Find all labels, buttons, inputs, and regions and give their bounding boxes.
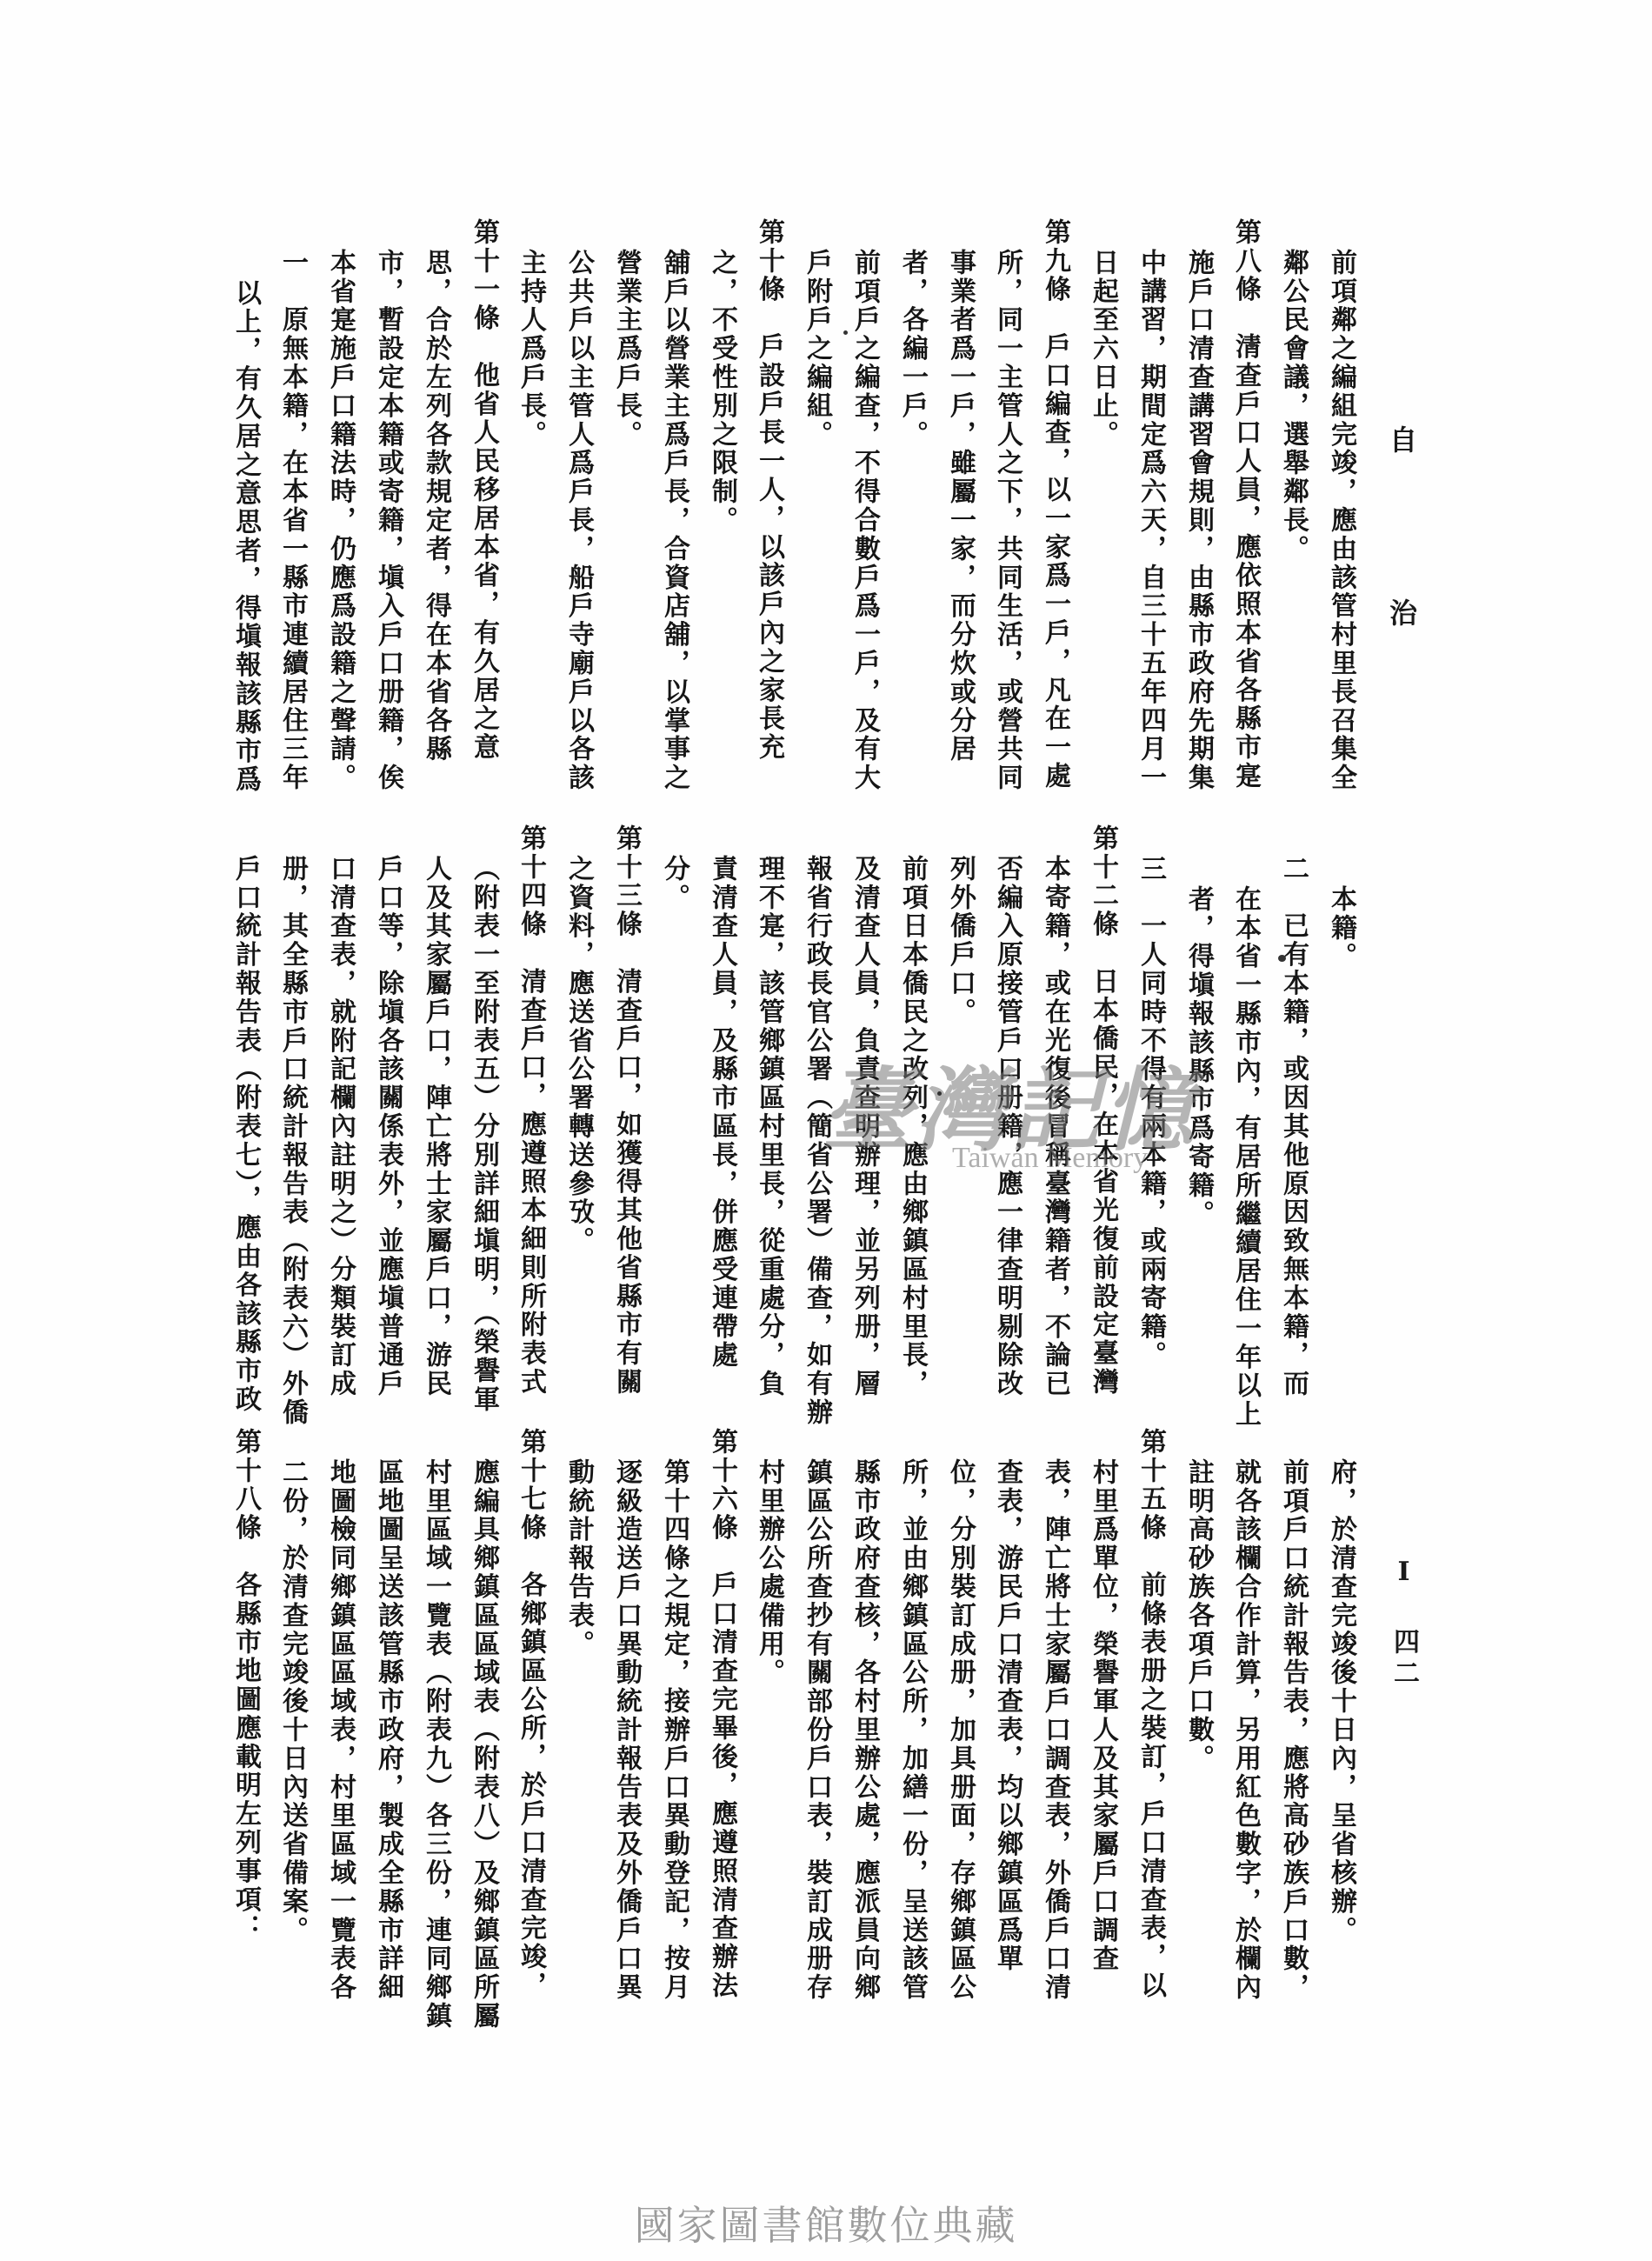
scan-speck <box>843 330 848 335</box>
text-column: 事業者爲一戶，雖屬一家，而分炊或分居 <box>944 249 976 764</box>
text-column: 應編具鄉鎮區區域表（附表八）及鄉鎮區所屬 <box>468 1458 499 2031</box>
text-column: 分。 <box>658 855 689 912</box>
article-heading-column: 第十四條 清查戶口，應遵照本細則所附表式 <box>515 824 546 1397</box>
scan-speck <box>1278 955 1286 962</box>
text-column: 口清查表，就附記欄內註明之）分類裝訂成 <box>324 855 356 1398</box>
text-column: 戶附戶之編組。 <box>801 249 832 449</box>
text-column: 者，各編一戶。 <box>896 249 928 449</box>
text-column: 地圖檢同鄉鎮區區域表，村里區域一覽表各 <box>324 1458 356 2002</box>
text-column: 報省行政長官公署（簡省公署）備查，如有辦 <box>801 855 832 1427</box>
text-column: 人及其家屬戶口，陣亡將士家屬戶口，游民 <box>420 855 451 1398</box>
text-column: 前項戶口統計報告表，應將高砂族戶口數， <box>1277 1458 1309 2002</box>
text-column: 前項鄰之編組完竣，應由該管村里長召集全 <box>1325 249 1356 792</box>
list-item-column: 三 一人同時不得有兩本籍，或兩寄籍。 <box>1135 855 1166 1370</box>
text-band-top: 前項鄰之編組完竣，應由該管村里長召集全 鄰公民會議，選舉鄰長。 第八條 清查戶口… <box>0 218 1652 792</box>
text-column: 鎮區公所查抄有關部份戶口表，裝訂成册存 <box>801 1458 832 2002</box>
text-column: 本省寔施戶口籍法時，仍應爲設籍之聲請。 <box>324 249 356 792</box>
text-column: 縣市政府查核，各村里辦公處，應派員向鄉 <box>849 1458 880 2002</box>
text-column: 之資料，應送省公署轉送參攷。 <box>563 855 594 1256</box>
article-heading-column: 第十條 戶設戶長一人，以該戶內之家長充 <box>753 218 784 762</box>
text-column: 思，合於左列各款規定者，得在本省各縣 <box>420 249 451 764</box>
text-column: 前項戶之編查，不得合數戶爲一戶，及有大 <box>849 249 880 792</box>
text-column: 者，得塡報該縣市爲寄籍。 <box>1182 885 1214 1229</box>
article-heading-column: 第十一條 他省人民移居本省，有久居之意 <box>468 218 499 762</box>
text-column: 村里辦公處備用。 <box>753 1458 784 1687</box>
text-column: 本籍。 <box>1325 885 1356 971</box>
text-column: 戶口等，除塡各該關係表外，並應塡普通戶 <box>372 855 403 1398</box>
text-column: 村里區域一覽表（附表九）各三份，連同鄉鎮 <box>420 1458 451 2031</box>
text-column: 中講習，期間定爲六天，自三十五年四月一 <box>1135 249 1166 792</box>
text-column: 理不寔，該管鄉鎮區村里長，從重處分，負 <box>753 855 784 1398</box>
scanned-document-page: 自 治 I 四二 前項鄰之編組完竣，應由該管村里長召集全 鄰公民會議，選舉鄰長。… <box>0 0 1652 2261</box>
text-column: 營業主爲戶長。 <box>610 249 642 449</box>
text-column: 日起至六日止。 <box>1087 249 1118 449</box>
text-column: 動統計報告表。 <box>563 1458 594 1658</box>
text-column: 以上，有久居之意思者，得塡報該縣市爲 <box>230 279 261 794</box>
text-column: 之，不受性別之限制。 <box>706 249 737 535</box>
article-heading-column: 第十八條 各縣市地圖應載明左列事項： <box>230 1428 261 1943</box>
article-heading-column: 第十三條 清查戶口，如獲得其他省縣市有關 <box>610 824 642 1397</box>
text-column: 本寄籍，或在光復後冒稱臺灣籍者，不論已 <box>1039 855 1070 1398</box>
text-column: 區地圖呈送該管縣市政府，製成全縣市詳細 <box>372 1458 403 2002</box>
text-column: 查表，游民戶口清查表，均以鄉鎮區爲單 <box>991 1458 1023 1973</box>
text-column: 位，分別裝訂成册，加具册面，存鄉鎮區公 <box>944 1458 976 2002</box>
text-column: 府，於清查完竣後十日內，呈省核辦。 <box>1325 1458 1356 1944</box>
list-item-column: 二 已有本籍，或因其他原因致無本籍，而 <box>1277 855 1309 1398</box>
text-column: 第十四條之規定，接辦戶口異動登記，按月 <box>658 1458 689 2002</box>
text-column: 村里爲單位，榮譽軍人及其家屬戶口調查 <box>1087 1458 1118 1973</box>
article-heading-column: 第十二條 日本僑民，在本省光復前設定臺灣 <box>1087 824 1118 1397</box>
text-column: （附表一至附表五）分別詳細塡明，（榮譽軍 <box>468 855 499 1414</box>
article-heading-column: 第八條 清查戶口人員，應依照本省各縣市寔 <box>1229 218 1261 790</box>
library-footer-watermark: 國家圖書館數位典藏 <box>632 2202 1020 2249</box>
text-column: 主持人爲戶長。 <box>515 249 546 449</box>
text-column: 前項日本僑民之改列，應由鄉鎮區村里長， <box>896 855 928 1398</box>
text-column: 否編入原接管戶口册籍，應一律查明剔除改 <box>991 855 1023 1398</box>
article-heading-column: 第十六條 戶口清查完畢後，應遵照清查辦法 <box>706 1428 737 2000</box>
text-band-middle: 本籍。 二 已有本籍，或因其他原因致無本籍，而 在本省一縣市內，有居所繼續居住一… <box>0 824 1652 1398</box>
text-band-bottom: 府，於清查完竣後十日內，呈省核辦。 前項戶口統計報告表，應將高砂族戶口數， 就各… <box>0 1428 1652 2002</box>
text-column: 市，暫設定本籍或寄籍，塡入戶口册籍，俟 <box>372 249 403 792</box>
text-column: 舖戶以營業主爲戶長，合資店舖，以掌事之 <box>658 249 689 792</box>
article-heading-column: 第十七條 各鄉鎮區公所，於戶口清查完竣， <box>515 1428 546 2000</box>
scan-speck <box>1249 341 1256 348</box>
text-column: 戶口統計報告表（附表七），應由各該縣市政 <box>230 855 261 1414</box>
text-column: 就各該欄合作計算，另用紅色數字，於欄內 <box>1229 1458 1261 2002</box>
text-column: 責清查人員，及縣市區長，併應受連帶處 <box>706 855 737 1370</box>
text-column: 在本省一縣市內，有居所繼續居住一年以上 <box>1229 885 1261 1429</box>
article-heading-column: 第九條 戶口編查，以一家爲一戶，凡在一處 <box>1039 218 1070 790</box>
text-column: 逐級造送戶口異動統計報告表及外僑戶口異 <box>610 1458 642 2002</box>
text-column: 鄰公民會議，選舉鄰長。 <box>1277 249 1309 564</box>
text-column: 及清查人員，負責查明辦理，並另列册，層 <box>849 855 880 1398</box>
text-column: 二份，於清查完竣後十日內送省備案。 <box>276 1458 308 1944</box>
text-column: 册，其全縣市戶口統計報告表（附表六）外僑 <box>276 855 308 1427</box>
scan-speck <box>937 1091 942 1096</box>
text-column: 表，陣亡將士家屬戶口調查表，外僑戶口清 <box>1039 1458 1070 2002</box>
list-item-column: 一 原無本籍，在本省一縣市連續居住三年 <box>276 249 308 792</box>
article-heading-column: 第十五條 前條表册之裝訂，戶口清查表，以 <box>1135 1428 1166 2000</box>
text-column: 施戶口清查講習會規則，由縣市政府先期集 <box>1182 249 1214 792</box>
text-column: 列外僑戶口。 <box>944 855 976 1026</box>
text-column: 所，並由鄉鎮區公所，加繕一份，呈送該管 <box>896 1458 928 2002</box>
text-column: 註明高砂族各項戶口數。 <box>1182 1458 1214 1773</box>
text-column: 公共戶以主管人爲戶長，船戶寺廟戶以各該 <box>563 249 594 792</box>
text-column: 所，同一主管人之下，共同生活，或營共同 <box>991 249 1023 792</box>
